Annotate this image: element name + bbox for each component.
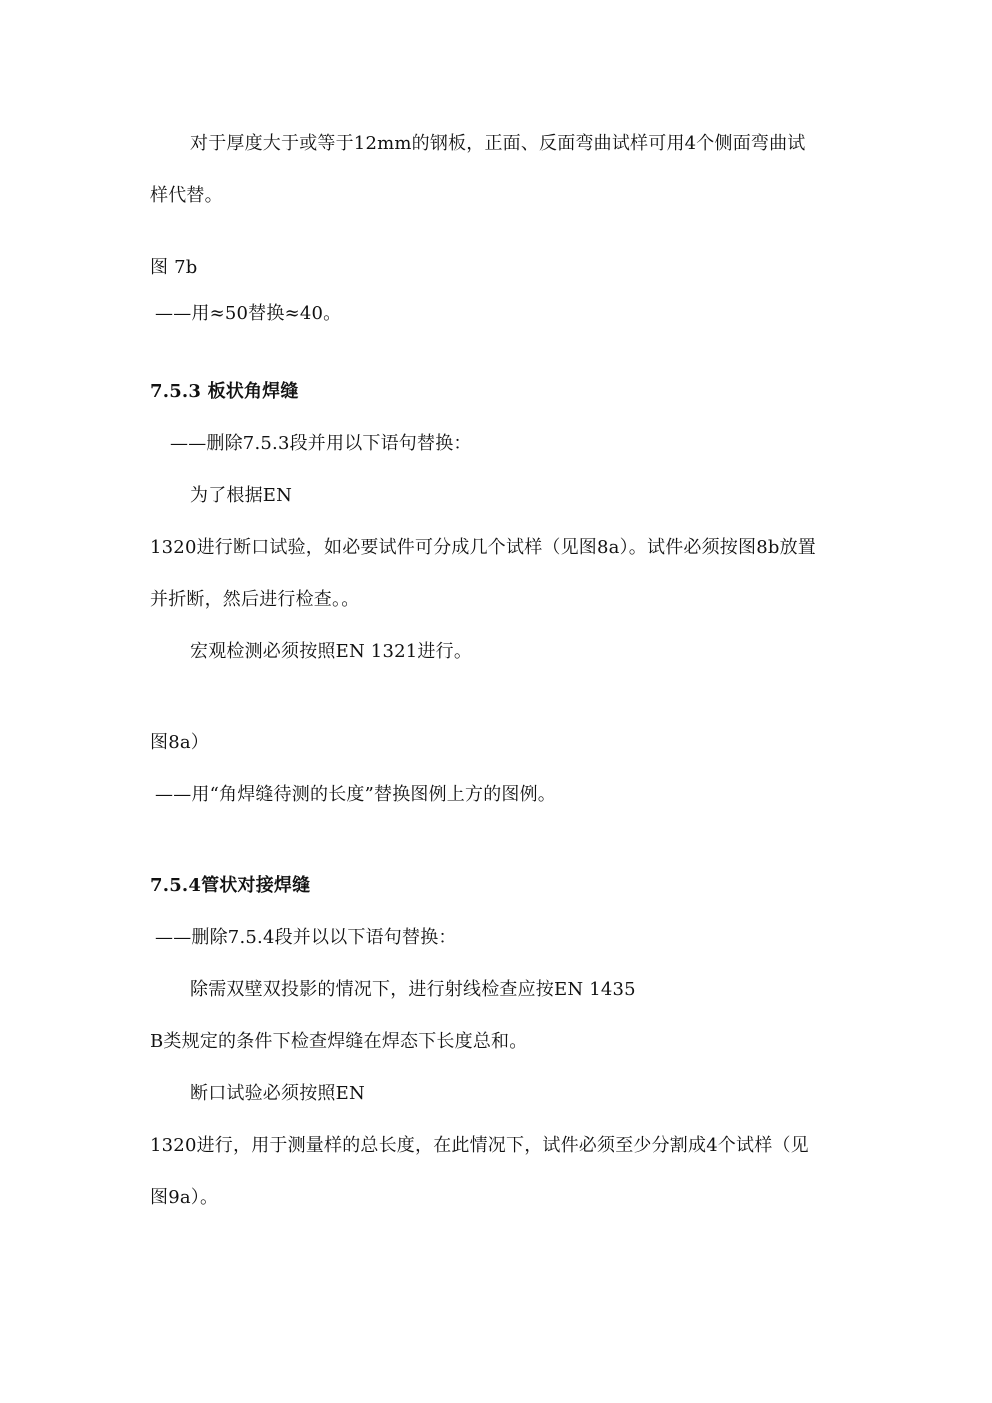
paragraph-line: 对于厚度大于或等于12mm的钢板，正面、反面弯曲试样可用4个侧面弯曲试 [190, 132, 806, 156]
section-heading: 7.5.3 板状角焊缝 [150, 380, 299, 404]
paragraph-line: 1320进行断口试验，如必要试件可分成几个试样（见图8a）。试件必须按图8b放置 [150, 536, 816, 560]
amendment-instruction: ——用“角焊缝待测的长度”替换图例上方的图例。 [155, 783, 556, 807]
paragraph-line: 断口试验必须按照EN [190, 1082, 365, 1106]
paragraph-line: 图9a）。 [150, 1186, 218, 1210]
figure-label: 图8a） [150, 731, 209, 755]
amendment-instruction: ——用≈50替换≈40。 [155, 302, 341, 326]
paragraph-line: B类规定的条件下检查焊缝在焊态下长度总和。 [150, 1030, 527, 1054]
paragraph-line: 为了根据EN [190, 484, 292, 508]
paragraph-line: 1320进行，用于测量样的总长度，在此情况下，试件必须至少分割成4个试样（见 [150, 1134, 809, 1158]
paragraph-line: 宏观检测必须按照EN 1321进行。 [190, 640, 472, 664]
paragraph-line: 除需双壁双投影的情况下，进行射线检查应按EN 1435 [190, 978, 636, 1002]
paragraph-line: 样代替。 [150, 184, 223, 208]
document-page: 对于厚度大于或等于12mm的钢板，正面、反面弯曲试样可用4个侧面弯曲试 样代替。… [0, 0, 992, 1403]
paragraph-line: 并折断，然后进行检查。。 [150, 588, 359, 612]
figure-label: 图 7b [150, 256, 198, 280]
amendment-instruction: ——删除7.5.4段并以以下语句替换： [155, 926, 457, 950]
amendment-instruction: ——删除7.5.3段并用以下语句替换： [170, 432, 472, 456]
section-heading: 7.5.4管状对接焊缝 [150, 874, 310, 898]
